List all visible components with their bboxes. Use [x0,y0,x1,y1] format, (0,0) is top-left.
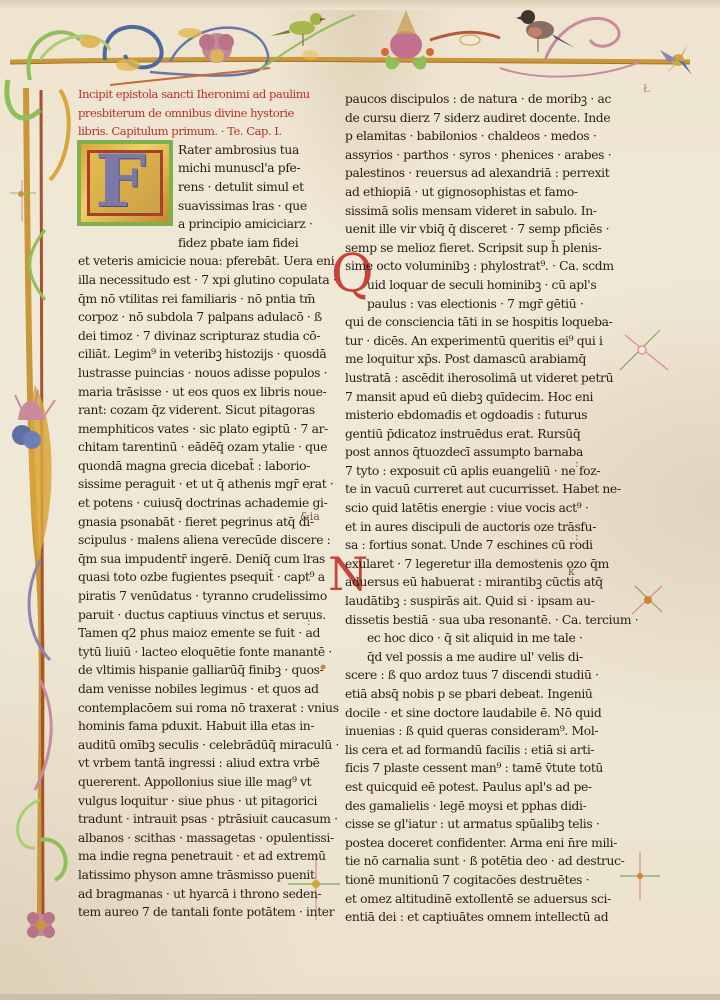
text-line: vt vrbem tantā ingressi : aliud extra vr… [78,754,306,773]
manuscript-page: F Incipit epistola sancti Iheronimi ad p… [0,0,720,1000]
text-line: scio quid latētis energie : viue vocis a… [345,499,585,518]
text-line: latissimo physon amne trāsmisso puenit [78,866,306,885]
text-line: dissetis bestiā · sua uba resonantē. · C… [345,611,585,630]
pink-scroll [545,18,619,60]
text-line: me loquitur xp̄s. Post damascū arabiamq̄ [345,350,585,369]
rubric-line: presbiterum de omnibus divine hystorie [78,104,306,123]
text-line: de cursu dierz 7 siderz audiret docente.… [345,109,585,128]
text-line: aduersus eū habuerat : mirantibꝫ cūctis … [345,573,585,592]
right-text-column: paucos discipulos : de natura · de morib… [345,90,585,927]
margin-note: : [307,550,311,563]
folio-mark: Ł [643,84,650,95]
green-scroll [28,32,80,80]
pen-flourish-bottom-right [620,852,660,900]
text-line: dei timoz · 7 divinaz scripturaz studia … [78,327,306,346]
text-line: lis cera et ad formandū facilis : etiā s… [345,741,585,760]
text-line: quondā magna grecia dicebat̄ : laborio- [78,457,306,476]
text-line: inuenias : ß quid queras consideram⁹. Mo… [345,722,585,741]
text-line: exularet · 7 legeretur illa demostenis o… [345,555,585,574]
text-line: tionē munitionū 7 cogitacōes destruētes … [345,871,585,890]
rubric-line: Incipit epistola sancti Iheronimi ad pau… [78,85,306,104]
text-line: hominis fama pduxit. Habuit illa etas in… [78,717,306,736]
text-line: ec hoc dico · q̄ sit aliquid in me tale … [345,629,585,648]
text-line: sa : fortius sonat. Unde 7 eschines cū r… [345,536,585,555]
text-line: sissime peraguit · et ut q̄ athenis mgr̄… [78,475,306,494]
text-line: tradunt · intrauit psas · ptrāsiuit cauc… [78,810,306,829]
text-line: laudātibꝫ : suspirās ait. Quid si · ipsa… [345,592,585,611]
text-line: p elamitas · babilonios · chaldeos · med… [345,127,585,146]
text-line: q̄m nō vtilitas rei familiaris · nō pnti… [78,290,306,309]
text-line: Rater ambrosius tua [78,141,306,160]
text-line: 7 mansit apud eū diebꝫ quīdecim. Hoc eni [345,388,585,407]
text-line: te in vacuū curreret aut cucurrisset. Ha… [345,480,585,499]
text-line: ad ethiopiā · ut gignosophistas et famo- [345,183,585,202]
text-line: lustratā : ascēdit iherosolimā ut videre… [345,369,585,388]
text-line: est quicquid eē potest. Paulus apl's ad … [345,778,585,797]
text-line: postea doceret confidenter. Arma eni n̄r… [345,834,585,853]
left-text-column: Incipit epistola sancti Iheronimi ad pau… [78,85,306,922]
text-line: illa necessitudo est · 7 xpi glutino cop… [78,271,306,290]
text-line: ma indie regna penetrauit · et ad extrem… [78,847,306,866]
text-line: Tamen q2 phus maioz emente se fuit · ad [78,624,306,643]
text-line: tur · dicēs. An experimentū queritis ei⁹… [345,332,585,351]
text-line: cisse se gl'iatur : ut armatus spūalibꝫ … [345,815,585,834]
text-line: paulus : vas electionis · 7 mgr̄ gētiū · [345,295,585,314]
green-bird [270,13,326,46]
text-line: assyrios · parthos · syros · phenices · … [345,146,585,165]
text-line: scipulus · malens aliena verecūde discer… [78,531,306,550]
text-line: michi munuscl'a pfe- [78,159,306,178]
text-line: q̄m sua impudentr̄ ingerē. Deniq̄ cum lr… [78,550,306,569]
rubric-line: libris. Capitulum primum. · Te. Cap. I. [78,122,306,141]
text-line: scere : ß quo ardoz tuus 7 discendi stud… [345,666,585,685]
text-line: qui de consciencia tāti in se hospitis l… [345,313,585,332]
page-bottom-edge [0,994,720,1000]
text-line: ciliāt. Legim⁹ in veteribꝫ histozijs · q… [78,345,306,364]
text-line: suavissimas lras · que [78,197,306,216]
margin-note: &ia [300,510,320,523]
text-line: des gamalielis · legē moysi et pphas did… [345,797,585,816]
text-line: etiā absq̄ nobis p se pbari debeat. Inge… [345,685,585,704]
text-line: memphiticos vates · sic plato egiptū · 7… [78,420,306,439]
text-line: q̄d vel possis a me audire ul' velis di- [345,648,585,667]
text-line: tie nō carnalia sunt · ß potētia deo · a… [345,852,585,871]
text-line: rens · detulit simul et [78,178,306,197]
pink-rose-bottom [27,912,55,938]
text-line: contemplacōem sui roma nō traxerat : vni… [78,699,306,718]
text-line: post annos q̄tuozdecī assumpto barnaba [345,443,585,462]
text-line: chitam tarentinū · eādēq̄ ozam ytalie · … [78,438,306,457]
text-line: paruit · ductus captiuus vinctus et seru… [78,606,306,625]
text-line: uid loquar de seculi hominibꝫ · cū apl's [345,276,585,295]
pen-flourish-right-middle [632,586,662,614]
text-line: albanos · scithas · massagetas · opulent… [78,829,306,848]
text-line: dam venisse nobiles legimus · et quos ad [78,680,306,699]
text-line: a principio amiciciarz · [78,215,306,234]
text-line: et veteris amicicie noua: pferebāt. Uera… [78,252,306,271]
text-line: maria trāsisse · ut eos quos ex libris n… [78,383,306,402]
text-line: tytū liuiū · lacteo eloquētie fonte mana… [78,643,306,662]
text-line: docile · et sine doctore laudabile ē. Nō… [345,704,585,723]
margin-note: : [307,615,311,628]
text-line: uenit ille vir vbiq̄ q̄ disceret · 7 sem… [345,220,585,239]
text-line: paucos discipulos : de natura · de morib… [345,90,585,109]
text-line: fidez pbate iam fidei [78,234,306,253]
text-line: piratis 7 venūdatus · tyranno crudelissi… [78,587,306,606]
text-line: quererent. Appollonius siue ille mag⁹ vt [78,773,306,792]
text-line: quasi toto ozbe fugientes psequit̄ · cap… [78,568,306,587]
margin-note: : [307,479,311,492]
text-line: ficis 7 plaste cessent man⁹ : tamē v̄tut… [345,759,585,778]
text-line: semp se melioz fieret. Scripsit sup h̄ p… [345,239,585,258]
text-line: corpoz · nō subdola 7 palpans adulacō · … [78,308,306,327]
text-line: de vltimis hispanie galliarūq̄ finibꝫ · … [78,661,306,680]
pen-flourish-right-upper [620,330,668,370]
text-line: gentiū p̄dicatoz instruēdus erat. Rursūq… [345,425,585,444]
text-line: misterio ebdomadis et ogdoadis : futurus [345,406,585,425]
text-line: gnasia psonabāt · fieret pegrinus atq̄ d… [78,513,306,532]
pen-flourish-left [10,180,36,222]
text-line: et potens · cuiusq̄ doctrinas achademie … [78,494,306,513]
margin-note: : [575,530,579,543]
text-line: vulgus loquitur · siue phus · ut pitagor… [78,792,306,811]
text-line: rant: cozam q̄z viderent. Sicut pitagora… [78,401,306,420]
margin-note: k [568,565,575,578]
text-line: lustrasse puincias · nouos adisse populo… [78,364,306,383]
text-line: et in aures discipuli de auctoris oze tr… [345,518,585,537]
margin-note: : [575,457,579,470]
text-line: 7 tyto : exposuit cū aplis euangeliū · n… [345,462,585,481]
text-line: ad bragmanas · ut hyarcā i throno seden- [78,885,306,904]
text-line: sissimā solis mensam videret in sabulo. … [345,202,585,221]
text-line: palestinos · reuersus ad alexandriā : pe… [345,164,585,183]
text-line: tem aureo 7 de tantali fonte potātem · i… [78,903,306,922]
text-line: sime octo voluminibꝫ : phylostrat⁹. · Ca… [345,257,585,276]
text-line: auditū omībꝫ seculis · celebrādūq̄ mirac… [78,736,306,755]
text-line: et omez altitudinē extollentē se aduersu… [345,890,585,909]
text-line: entiā dei : et captiuātes omnem intellec… [345,908,585,927]
